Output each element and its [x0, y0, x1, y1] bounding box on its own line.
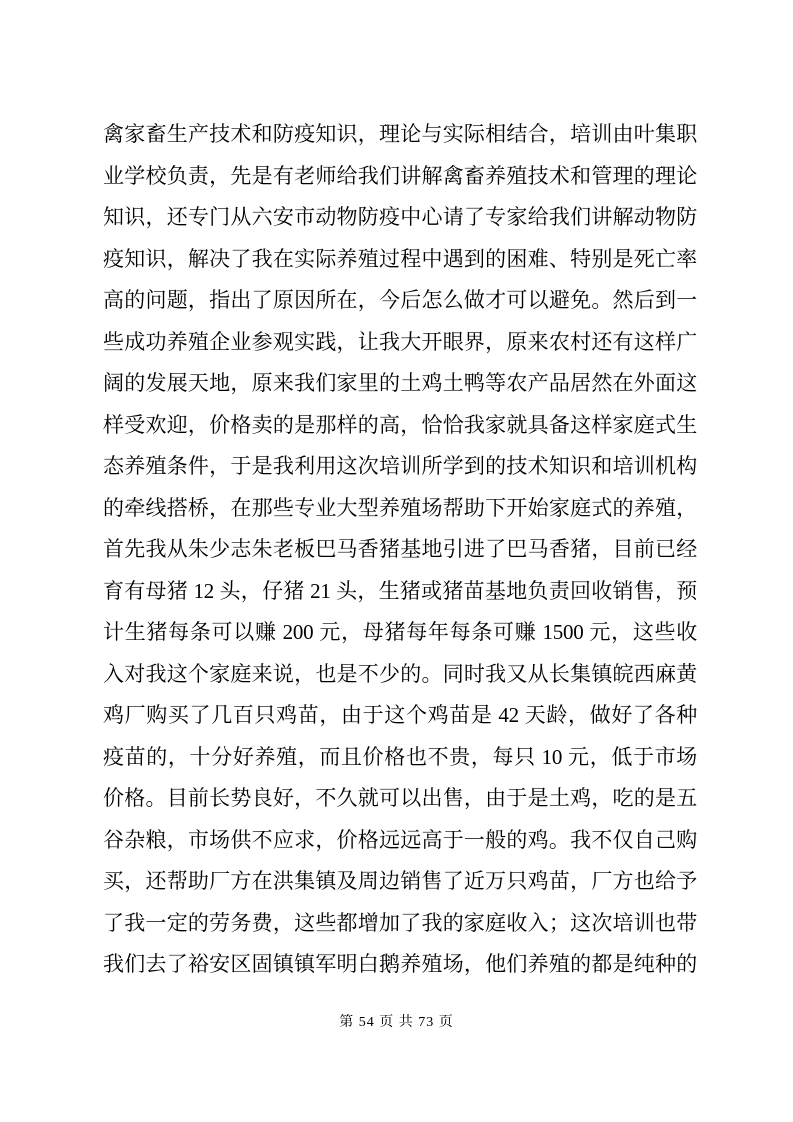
text-line: 样受欢迎，价格卖的是那样的高，恰恰我家就具备这样家庭式生: [103, 405, 697, 447]
body-text: 禽家畜生产技术和防疫知识，理论与实际相结合，培训由叶集职 业学校负责，先是有老师…: [103, 114, 697, 986]
text-line: 谷杂粮，市场供不应求，价格远远高于一般的鸡。我不仅自己购: [103, 820, 697, 862]
text-line: 计生猪每条可以赚 200 元，母猪每年每条可赚 1500 元，这些收: [103, 612, 697, 654]
text-line: 的牵线搭桥，在那些专业大型养殖场帮助下开始家庭式的养殖，: [103, 488, 697, 530]
text-line: 买，还帮助厂方在洪集镇及周边销售了近万只鸡苗，厂方也给予: [103, 861, 697, 903]
text-line: 了我一定的劳务费，这些都增加了我的家庭收入；这次培训也带: [103, 903, 697, 945]
text-line: 些成功养殖企业参观实践，让我大开眼界，原来农村还有这样广: [103, 322, 697, 364]
text-line: 高的问题，指出了原因所在，今后怎么做才可以避免。然后到一: [103, 280, 697, 322]
text-line: 首先我从朱少志朱老板巴马香猪基地引进了巴马香猪，目前已经: [103, 529, 697, 571]
text-line: 业学校负责，先是有老师给我们讲解禽畜养殖技术和管理的理论: [103, 156, 697, 198]
text-line: 态养殖条件，于是我利用这次培训所学到的技术知识和培训机构: [103, 446, 697, 488]
text-line: 知识，还专门从六安市动物防疫中心请了专家给我们讲解动物防: [103, 197, 697, 239]
text-line: 阔的发展天地，原来我们家里的土鸡土鸭等农产品居然在外面这: [103, 363, 697, 405]
text-line: 育有母猪 12 头，仔猪 21 头，生猪或猪苗基地负责回收销售，预: [103, 571, 697, 613]
text-line: 入对我这个家庭来说，也是不少的。同时我又从长集镇皖西麻黄: [103, 654, 697, 696]
text-line: 鸡厂购买了几百只鸡苗，由于这个鸡苗是 42 天龄，做好了各种: [103, 695, 697, 737]
text-line: 疫苗的，十分好养殖，而且价格也不贵，每只 10 元，低于市场: [103, 737, 697, 779]
page-footer: 第 54 页 共 73 页: [0, 1013, 793, 1033]
text-line: 价格。目前长势良好，不久就可以出售，由于是土鸡，吃的是五: [103, 778, 697, 820]
text-line: 疫知识，解决了我在实际养殖过程中遇到的困难、特别是死亡率: [103, 239, 697, 281]
text-line: 我们去了裕安区固镇镇军明白鹅养殖场，他们养殖的都是纯种的: [103, 944, 697, 986]
document-page: 禽家畜生产技术和防疫知识，理论与实际相结合，培训由叶集职 业学校负责，先是有老师…: [0, 0, 793, 1122]
text-line: 禽家畜生产技术和防疫知识，理论与实际相结合，培训由叶集职: [103, 114, 697, 156]
